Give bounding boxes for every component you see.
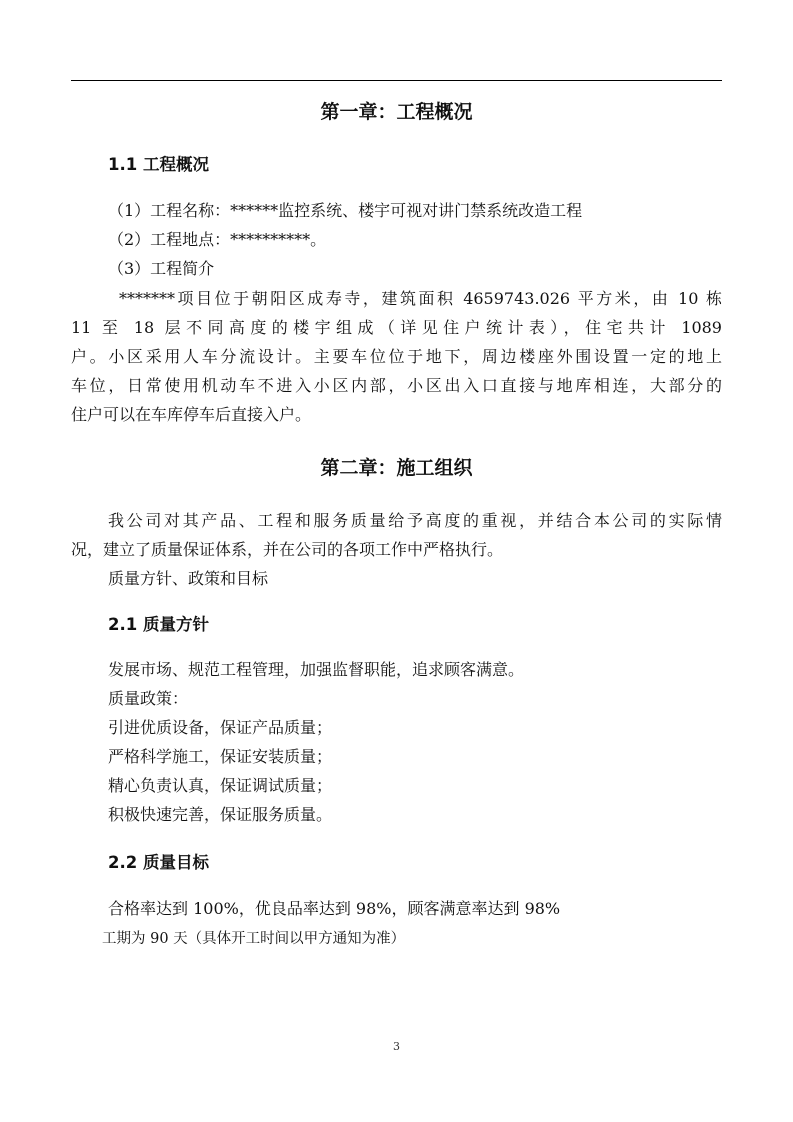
page-number: 3 — [0, 1040, 793, 1054]
list-item: （1）工程名称：******监控系统、楼宇可视对讲门禁系统改造工程 — [108, 201, 582, 221]
chapter-title: 第二章：施工组织 — [0, 456, 793, 480]
list-item: （2）工程地点：**********。 — [108, 230, 326, 250]
paragraph-line: 积极快速完善，保证服务质量。 — [108, 805, 332, 825]
subheading: 质量方针、政策和目标 — [108, 569, 268, 589]
paragraph-line: *******项目位于朝阳区成寿寺，建筑面积 4659743.026 平方米，由… — [119, 289, 722, 309]
paragraph-line: 住户可以在车库停车后直接入户。 — [71, 405, 311, 425]
paragraph-line: 工期为 90 天（具体开工时间以甲方通知为准） — [102, 929, 405, 949]
paragraph-line: 户。小区采用人车分流设计。主要车位位于地下，周边楼座外围设置一定的地上 — [71, 347, 722, 367]
paragraph-line: 合格率达到 100%，优良品率达到 98%，顾客满意率达到 98% — [108, 899, 560, 919]
section-title: 2.2 质量目标 — [108, 852, 209, 874]
header-rule — [71, 80, 722, 81]
paragraph-line: 质量政策： — [108, 689, 188, 709]
paragraph-line: 我公司对其产品、工程和服务质量给予高度的重视，并结合本公司的实际情 — [108, 511, 722, 531]
paragraph-line: 发展市场、规范工程管理，加强监督职能，追求顾客满意。 — [108, 660, 524, 680]
paragraph-line: 引进优质设备，保证产品质量； — [108, 718, 332, 738]
paragraph-line: 11 至 18 层不同高度的楼宇组成（详见住户统计表），住宅共计 1089 — [71, 318, 722, 338]
paragraph-line: 车位，日常使用机动车不进入小区内部，小区出入口直接与地库相连，大部分的 — [71, 376, 722, 396]
paragraph-line: 严格科学施工，保证安装质量； — [108, 747, 332, 767]
section-title: 1.1 工程概况 — [108, 154, 209, 176]
paragraph-line: 精心负责认真，保证调试质量； — [108, 776, 332, 796]
section-title: 2.1 质量方针 — [108, 614, 209, 636]
chapter-title: 第一章：工程概况 — [0, 100, 793, 124]
paragraph-line: 况，建立了质量保证体系，并在公司的各项工作中严格执行。 — [71, 540, 503, 560]
list-item: （3）工程简介 — [108, 259, 214, 279]
